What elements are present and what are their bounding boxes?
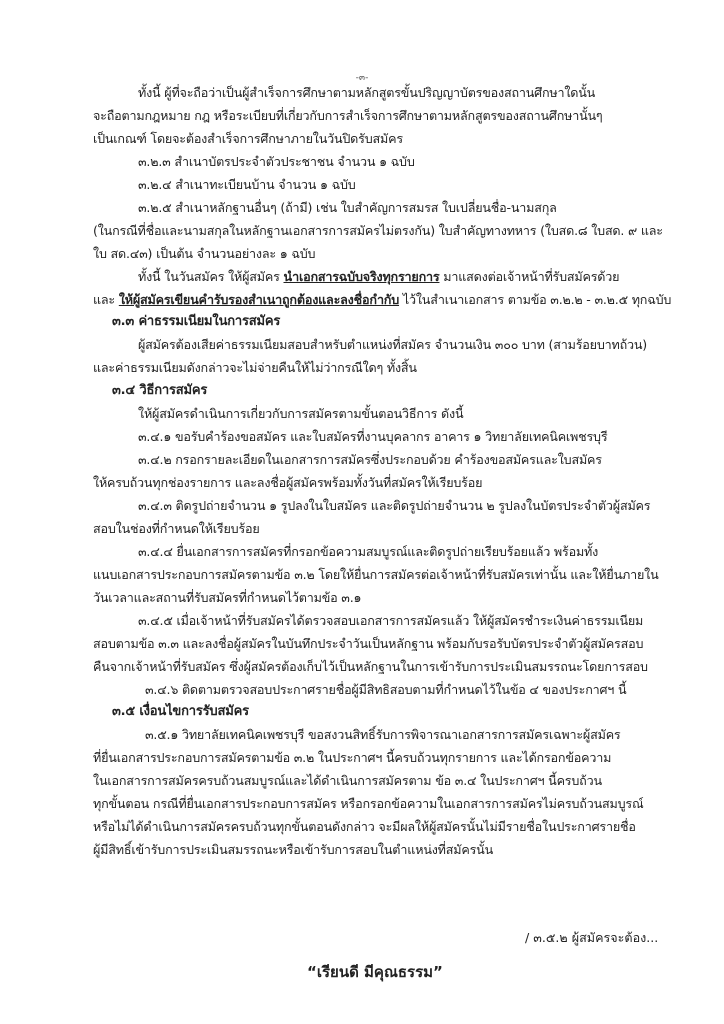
motto: “เรียนดี มีคุณธรรม” <box>307 960 443 984</box>
text: และ <box>93 292 119 307</box>
paragraph-line: (ในกรณีที่ชื่อและนามสกุลในหลักฐานเอกสารก… <box>93 223 663 239</box>
text: ไว้ในสำเนาเอกสาร ตามข้อ ๓.๒.๒ - ๓.๒.๕ ทุ… <box>399 292 671 307</box>
paragraph-line: ในเอกสารการสมัครครบถ้วนสมบูรณ์และได้ดำเน… <box>93 773 602 789</box>
list-item-3-4-6: ๓.๔.๖ ติดตามตรวจสอบประกาศรายชื่อผู้มีสิท… <box>145 682 626 698</box>
paragraph-line: และค่าธรรมเนียมดังกล่าวจะไม่จ่ายคืนให้ไม… <box>93 360 417 376</box>
paragraph-line: ให้ผู้สมัครดำเนินการเกี่ยวกับการสมัครตาม… <box>138 406 463 422</box>
paragraph-line: ใบ สด.๔๓) เป็นต้น จำนวนอย่างละ ๑ ฉบับ <box>93 246 315 262</box>
continuation-note: / ๓.๕.๒ ผู้สมัครจะต้อง... <box>525 928 658 948</box>
paragraph-line: วันเวลาและสถานที่รับสมัครที่กำหนดไว้ตามข… <box>93 590 361 606</box>
list-item-3-2-3: ๓.๒.๓ สำเนาบัตรประจำตัวประชาชน จำนวน ๑ ฉ… <box>138 154 415 170</box>
paragraph-line: ทั้งนี้ ผู้ที่จะถือว่าเป็นผู้สำเร็จการศึ… <box>138 85 595 101</box>
text: ทั้งนี้ ในวันสมัคร ให้ผู้สมัคร <box>138 269 284 284</box>
paragraph-line: สอบในช่องที่กำหนดให้เรียบร้อย <box>93 521 260 537</box>
paragraph-line: ผู้สมัครต้องเสียค่าธรรมเนียมสอบสำหรับตำแ… <box>138 337 647 353</box>
paragraph-line: ผู้มีสิทธิ์เข้ารับการประเมินสมรรถนะหรือเ… <box>93 842 493 858</box>
list-item-3-4-5: ๓.๔.๕ เมื่อเจ้าหน้าที่รับสมัครได้ตรวจสอบ… <box>138 613 643 629</box>
paragraph-line: จะถือตามกฎหมาย กฎ หรือระเบียบที่เกี่ยวกั… <box>93 108 602 124</box>
page-number: -๓- <box>0 70 724 84</box>
paragraph-line: ให้ครบถ้วนทุกช่องรายการ และลงชื่อผู้สมัค… <box>93 475 482 491</box>
paragraph-line: ที่ยื่นเอกสารประกอบการสมัครตามข้อ ๓.๒ ใน… <box>93 750 611 766</box>
section-heading-3-3: ๓.๓ ค่าธรรมเนียมในการสมัคร <box>112 314 280 330</box>
paragraph-line: เป็นเกณฑ์ โดยจะต้องสำเร็จการศึกษาภายในวั… <box>93 131 403 147</box>
paragraph-line: แนบเอกสารประกอบการสมัครตามข้อ ๓.๒ โดยให้… <box>93 567 659 583</box>
documents-note-line-1: ทั้งนี้ ในวันสมัคร ให้ผู้สมัคร นำเอกสารฉ… <box>138 269 619 285</box>
list-item-3-5-1: ๓.๕.๑ วิทยาลัยเทคนิคเพชรบุรี ขอสงวนสิทธิ… <box>145 727 621 743</box>
emphasis-original-docs: นำเอกสารฉบับจริงทุกรายการ <box>284 269 440 284</box>
list-item-3-4-1: ๓.๔.๑ ขอรับคำร้องขอสมัคร และใบสมัครที่งา… <box>138 429 607 445</box>
section-heading-3-5: ๓.๕ เงื่อนไขการรับสมัคร <box>112 704 249 720</box>
list-item-3-2-5: ๓.๒.๕ สำเนาหลักฐานอื่นๆ (ถ้ามี) เช่น ใบส… <box>138 200 557 216</box>
paragraph-line: ทุกขั้นตอน กรณีที่ยื่นเอกสารประกอบการสมั… <box>93 796 643 812</box>
paragraph-line: สอบตามข้อ ๓.๓ และลงชื่อผู้สมัครในบันทึกป… <box>93 636 643 652</box>
section-heading-3-4: ๓.๔ วิธีการสมัคร <box>112 383 207 399</box>
paragraph-line: หรือไม่ได้ดำเนินการสมัครครบถ้วนทุกขั้นตอ… <box>93 819 636 835</box>
list-item-3-4-3: ๓.๔.๓ ติดรูปถ่ายจำนวน ๑ รูปลงในใบสมัคร แ… <box>138 498 650 514</box>
list-item-3-2-4: ๓.๒.๔ สำเนาทะเบียนบ้าน จำนวน ๑ ฉบับ <box>138 177 356 193</box>
documents-note-line-2: และ ให้ผู้สมัครเขียนคำรับรองสำเนาถูกต้อง… <box>93 292 671 308</box>
emphasis-certify-copies: ให้ผู้สมัครเขียนคำรับรองสำเนาถูกต้องและล… <box>119 292 399 307</box>
paragraph-line: คืนจากเจ้าหน้าที่รับสมัคร ซึ่งผู้สมัครต้… <box>93 659 648 675</box>
list-item-3-4-4: ๓.๔.๔ ยื่นเอกสารการสมัครที่กรอกข้อความสม… <box>138 544 598 560</box>
list-item-3-4-2: ๓.๔.๒ กรอกรายละเอียดในเอกสารการสมัครซึ่ง… <box>138 452 602 468</box>
text: มาแสดงต่อเจ้าหน้าที่รับสมัครด้วย <box>439 269 619 284</box>
